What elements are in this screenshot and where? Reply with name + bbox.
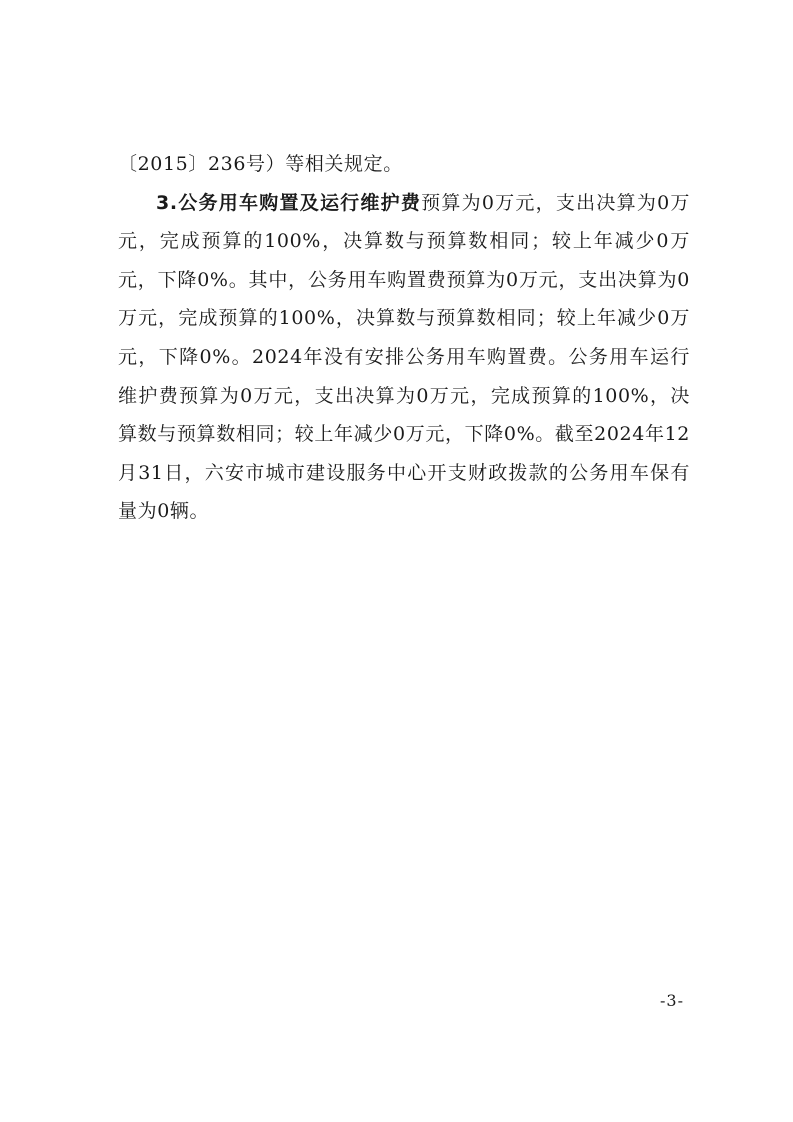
section-heading: 3.公务用车购置及运行维护费 bbox=[156, 192, 421, 214]
paragraph-vehicle-expenses: 3.公务用车购置及运行维护费预算为0万元，支出决算为0万元，完成预算的100%，… bbox=[118, 184, 690, 531]
page-number: -3- bbox=[660, 991, 684, 1010]
paragraph-text: 〔2015〕236号）等相关规定。 bbox=[118, 153, 403, 175]
paragraph-regulation-reference: 〔2015〕236号）等相关规定。 bbox=[118, 145, 690, 184]
paragraph-text: 预算为0万元，支出决算为0万元，完成预算的100%，决算数与预算数相同；较上年减… bbox=[118, 192, 690, 523]
body-text: 〔2015〕236号）等相关规定。 3.公务用车购置及运行维护费预算为0万元，支… bbox=[118, 145, 690, 531]
document-page: 〔2015〕236号）等相关规定。 3.公务用车购置及运行维护费预算为0万元，支… bbox=[0, 0, 793, 1122]
